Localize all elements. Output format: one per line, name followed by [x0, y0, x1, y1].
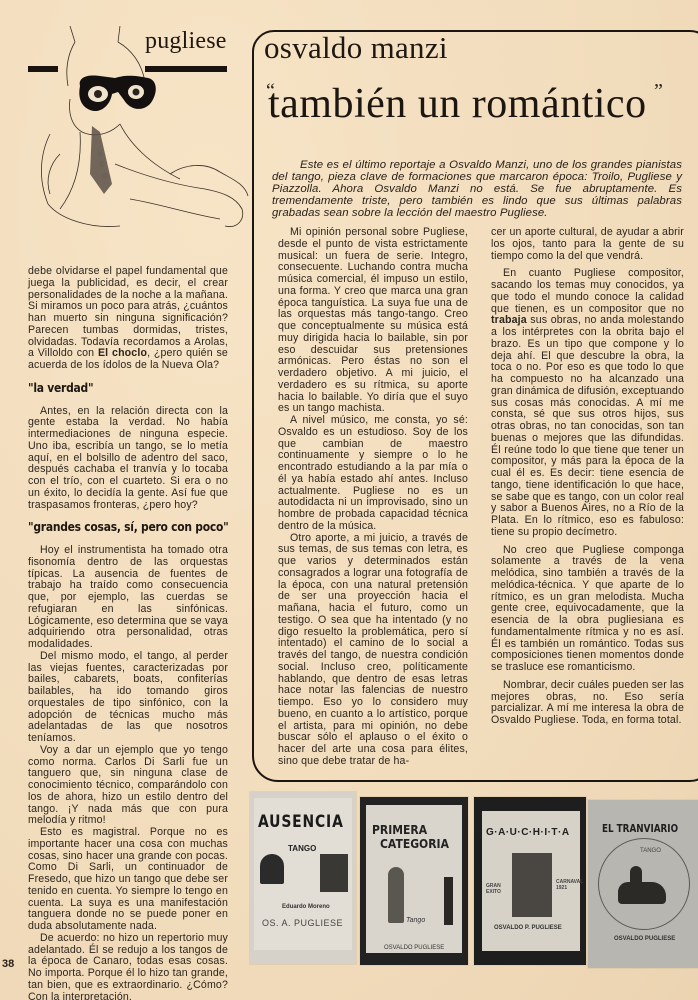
paragraph: De acuerdo: no hizo un repertorio muy ad… [28, 933, 228, 1000]
figure-woman [388, 867, 404, 923]
emphasis-trabaja: trabaja [491, 314, 527, 326]
paragraph: A nivel músico, me consta, yo sé: Osvald… [278, 415, 468, 533]
paragraph: Del mismo modo, el tango, al perder las … [28, 651, 228, 745]
paragraph: En cuanto Pugliese compositor, sacando l… [491, 268, 684, 538]
song-title-el-choclo: El choclo [98, 347, 147, 359]
article-column-1: Mi opinión personal sobre Pugliese, desd… [278, 227, 468, 768]
section-label: pugliese [145, 28, 227, 55]
subhead-la-verdad: "la verdad" [28, 382, 200, 394]
left-column: debe olvidarse el papel fundamental que … [28, 266, 228, 1000]
paragraph: cer un aporte cultural, de ayudar a abri… [491, 227, 684, 262]
portrait-photo [512, 853, 552, 917]
portrait-photo [260, 854, 284, 884]
article-headline: también un romántico [268, 80, 647, 128]
paragraph: Esto es magistral. Porque no es importan… [28, 827, 228, 933]
paragraph: Voy a dar un ejemplo que yo tengo como n… [28, 745, 228, 827]
rider-figure [630, 866, 642, 884]
sheet-music-el-tranviario: EL TRANVIARIO TANGO OSVALDO PUGLIESE [588, 800, 698, 968]
paragraph: Antes, en la relación directa con la gen… [28, 406, 228, 512]
close-quote: ” [654, 80, 663, 103]
header-rule-left [28, 66, 58, 72]
sheet-music-ausencia: AUSENCIA TANGO Eduardo Moreno OS. A. PUG… [250, 792, 356, 964]
article-kicker: osvaldo manzi [264, 30, 448, 66]
sheet-music-gauchita: G·A·U·C·H·I·T·A GRAN EXITO CARNAVAL 1921… [474, 797, 586, 965]
paragraph: No creo que Pugliese componga solamente … [491, 545, 684, 674]
paragraph: Nombrar, decir cuáles pueden ser las mej… [491, 680, 684, 727]
sheet-music-primera-categoria: PRIMERA CATEGORIA Tango OSVALDO PUGLIESE [360, 797, 468, 965]
portrait-photo [320, 854, 348, 892]
paragraph: debe olvidarse el papel fundamental que … [28, 266, 228, 372]
paragraph: Otro aporte, a mi juicio, a través de su… [278, 533, 468, 768]
paragraph: Hoy el instrumentista ha tomado otra fis… [28, 545, 228, 651]
figure-man [444, 877, 453, 925]
subhead-grandes-cosas: "grandes cosas, sí, pero con poco" [28, 521, 200, 533]
header-rule-right [145, 66, 227, 72]
paragraph: Mi opinión personal sobre Pugliese, desd… [278, 227, 468, 415]
article-column-2: cer un aporte cultural, de ayudar a abri… [491, 227, 684, 727]
article-lede: Este es el último reportaje a Osvaldo Ma… [272, 160, 682, 220]
page-number: 38 [2, 958, 14, 970]
donkey-figure [618, 882, 666, 904]
